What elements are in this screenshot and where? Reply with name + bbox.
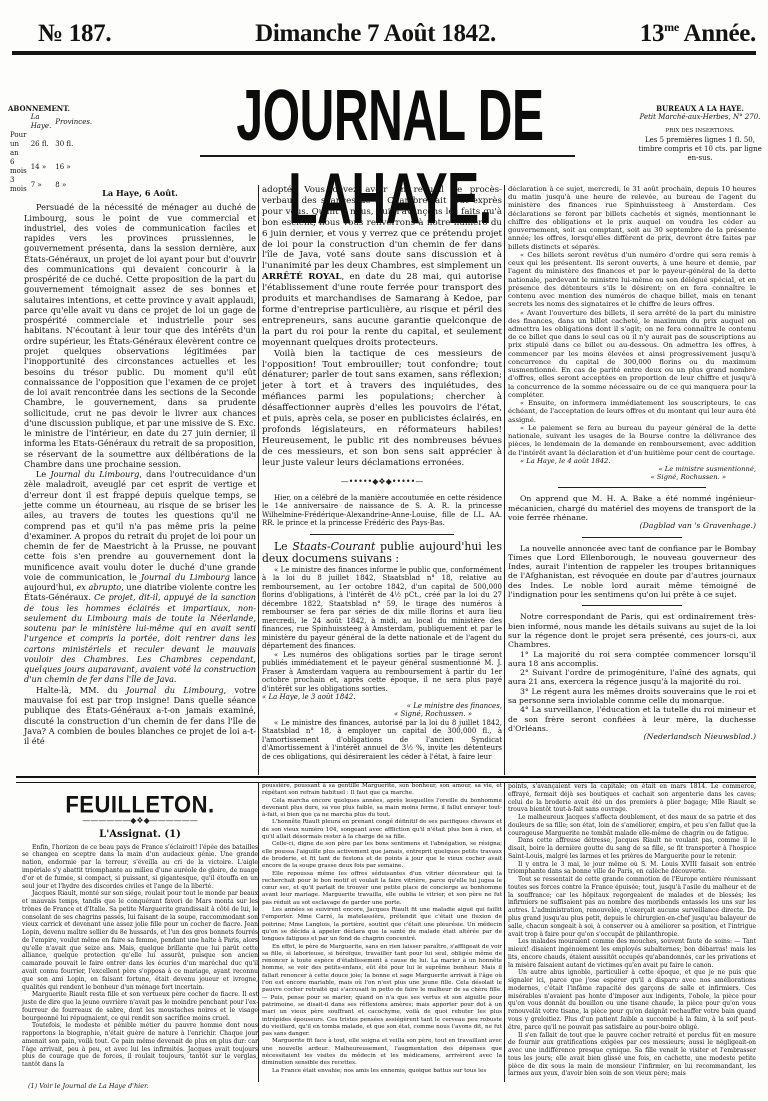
feuilleton-paragraph: En effet, le père de Marguerite, sans en… [262,944,502,1039]
feuilleton-column-2: poussière, poussant à sa gentille Margue… [262,783,502,1075]
feuilleton-paragraph: L'honnête Riault pleura en prenant congé… [262,819,502,841]
document-place: « La Haye, le 4 août 1842. [508,457,756,465]
birthday-notice: Hier, on a célébré de la manière accoutu… [262,494,502,528]
masthead-rule [12,51,756,55]
document-signature: « Le ministre susmentionné, [508,465,756,473]
feuilleton-paragraph: points, s'avançaient vers la capitale; o… [508,783,756,814]
masthead-topline: № 187. Dimanche 7 Août 1842. 13me Année. [30,12,756,48]
article-paragraph: Persuadé de la nécessité de ménager au d… [24,202,256,469]
subscription-table: La Haye.Provinces. Pour un an26 fl.30 fl… [8,113,94,194]
bombay-notice: La nouvelle annoncée avec tant de confia… [508,544,756,600]
bake-notice: On apprend que M. H. A. Bake a été nommé… [508,494,756,522]
office-box: BUREAUX A LA HAYE. Petit Marché-aux-Herb… [638,104,762,163]
feuilleton-paragraph: Jacques Riault, monté sur son siége, rou… [22,890,258,991]
feuilleton-paragraph: Il y entra le 3 mai, le jour même où S. … [508,861,756,877]
regency-item: 4° La surveillance, l'éducation et la tu… [508,705,756,733]
article-paragraph: Voilà bien la tactique de ces messieurs … [262,349,502,469]
price-header: PRIX DES INSERTIONS. [638,127,762,136]
document-signature: « Le ministre des finances, [262,702,502,711]
regency-item: 1° La majorité du roi sera comptée comme… [508,650,756,669]
document-paragraph: « Le ministre des finances, autorisé par… [262,719,502,762]
feuilleton-separator [16,776,756,783]
feuilleton-paragraph: Marguerite fit face à tout, elle soigna … [262,1038,502,1067]
article-paragraph: adopté? Vous devez avoir un recueil de p… [262,185,502,349]
dateline: La Haye, 6 Août. [24,188,256,198]
feuilleton-paragraph: Dans cette affreuse détresse, Jacques Ri… [508,837,756,860]
divider [582,537,681,538]
regency-item: 3° Le régent aura les mêmes droits souve… [508,687,756,706]
office-address: Petit Marché-aux-Herbes, N° 270. [638,113,762,122]
column-rule [258,185,259,775]
feuilleton-title: FEUILLETON. [22,800,258,811]
paris-notice: Notre correspondant de Paris, qui est or… [508,612,756,649]
subscription-box: ABONNEMENT. La Haye.Provinces. Pour un a… [8,104,88,194]
divider [558,487,707,488]
feuilleton-column-1: FEUILLETON. ——————◆❖◆—————— L'Assignat. … [22,800,258,1069]
document-paragraph: déclaration à ce sujet, mercredi, le 31 … [508,185,756,251]
document-paragraph: « Ensuite, on informera immédiatement le… [508,399,756,424]
column-3: déclaration à ce sujet, mercredi, le 31 … [508,185,756,741]
feuilleton-footnote: (1) Voir le Journal de La Haye d'hier. [28,1082,149,1090]
feuilleton-paragraph: Toutefois, le modeste et pénible métier … [22,1022,258,1069]
issue-number: № 187. [30,20,111,48]
office-header: BUREAUX A LA HAYE. [638,104,762,113]
feuilleton-paragraph: poussière, poussant à sa gentille Margue… [262,783,502,798]
column-1: La Haye, 6 Août. Persuadé de la nécessit… [24,188,256,746]
document-paragraph: « Le ministre des finances informe le pu… [262,566,502,651]
feuilleton-paragraph: La France était envahie; nos amis les en… [262,1068,502,1075]
issue-date: Dimanche 7 Août 1842. [255,20,496,48]
document-paragraph: « Ces billets seront revêtus d'un numéro… [508,251,756,309]
feuilleton-paragraph: Les malades mouraient comme des mouches,… [508,938,756,969]
feuilleton-paragraph: Le malheureux Jacques s'affecta doubleme… [508,814,756,837]
feuilleton-paragraph: Celle-ci, digne de son père par les bons… [262,841,502,870]
feuilleton-paragraph: Tout se ressentait de cette grande commo… [508,876,756,938]
article-paragraph: Halte-là, MM. du Journal du Limbourg, vo… [24,685,256,747]
staats-courant-lead: Le Staats-Courant publie aujourd'hui les… [262,541,502,566]
subscription-header: ABONNEMENT. [8,104,88,113]
issue-year: 13me Année. [640,20,756,48]
document-paragraph: « Le paiement se fera au bureau du payeu… [508,424,756,457]
document-signature: « Signé, Rochussen. » [262,710,502,719]
document-place: « La Haye, le 3 août 1842. [262,693,502,702]
feuilleton-paragraph: Il s'en fallait de tout que le pauvre co… [508,1032,756,1079]
feuilleton-paragraph: Enfin, l'horizon de ce beau pays de Fran… [22,844,258,891]
feuilleton-paragraph: Un autre abus ignoble, particulier à cet… [508,969,756,1031]
paris-source: (Nederlandsch Nieuwsblad.) [508,733,756,741]
column-rule [504,782,505,1082]
feuilleton-column-3: points, s'avançaient vers la capitale; o… [508,783,756,1078]
divider [310,534,454,535]
title-underline [200,155,575,157]
divider [582,605,681,606]
column-rule [258,782,259,1082]
regency-item: 2° Suivant l'ordre de primogéniture, l'a… [508,668,756,687]
document-signature: « Signé, Rochussen. » [508,473,756,481]
article-paragraph: Le Journal du Limbourg, dans l'outrecuid… [24,469,256,685]
price-text: Les 5 premières lignes 1 fl. 50, timbre … [638,136,762,163]
document-paragraph: « Les numéros des obligations sorties pa… [262,651,502,694]
bake-source: (Dagblad van 's Gravenhage.) [508,522,756,530]
feuilleton-paragraph: Cela marcha encore quelques années, aprè… [262,798,502,820]
column-2: adopté? Vous devez avoir un recueil de p… [262,185,502,761]
feuilleton-paragraph: Elle repoussa même les offres séduisante… [262,871,502,907]
document-paragraph: « Avant l'ouverture des billets, il sera… [508,309,756,400]
ornament-divider: —•••••◆❖◆•••••— [262,475,502,488]
feuilleton-paragraph: Marguerite Riault resta fille et son ver… [22,991,258,1022]
feuilleton-paragraph: Les années se suivirent encore, Jacques … [262,907,502,943]
column-rule [504,185,505,775]
feuilleton-subtitle: L'Assignat. (1) [22,830,258,840]
